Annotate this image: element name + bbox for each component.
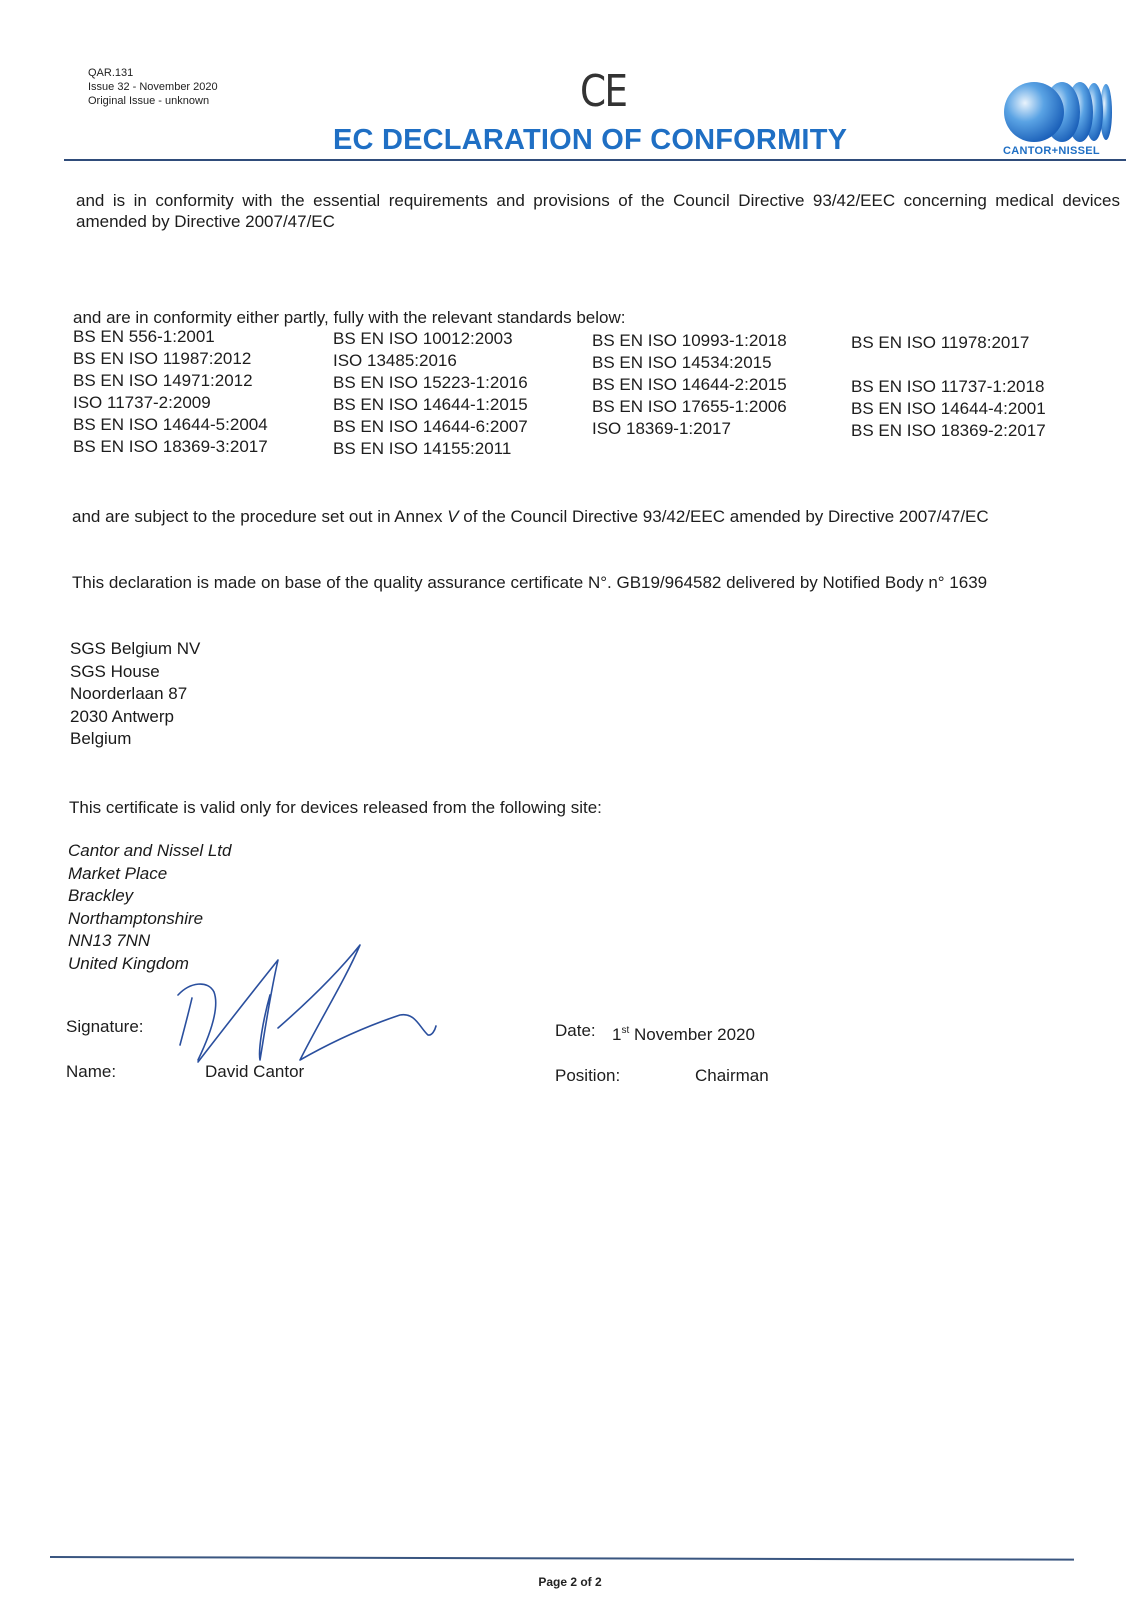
standard-item: BS EN ISO 14534:2015 <box>592 352 787 374</box>
standard-item: BS EN ISO 15223-1:2016 <box>333 372 528 394</box>
conformity-paragraph: and is in conformity with the essential … <box>76 190 1120 232</box>
address-line: Noorderlaan 87 <box>70 683 200 706</box>
standards-column-2: BS EN ISO 10012:2003 ISO 13485:2016 BS E… <box>333 328 528 460</box>
doc-ref-code: QAR.131 <box>88 66 218 80</box>
standard-item: BS EN ISO 14155:2011 <box>333 438 528 460</box>
name-label: Name: <box>66 1061 116 1082</box>
standard-item: BS EN ISO 18369-3:2017 <box>73 436 268 458</box>
procedure-text-after: of the Council Directive 93/42/EEC amend… <box>459 507 989 526</box>
position-label: Position: <box>555 1065 620 1086</box>
standard-item: BS EN ISO 14971:2012 <box>73 370 268 392</box>
address-line: Market Place <box>68 863 231 886</box>
standard-item: BS EN ISO 14644-2:2015 <box>592 374 787 396</box>
ce-mark-icon: CE <box>580 70 626 114</box>
standard-item: ISO 11737-2:2009 <box>73 392 268 414</box>
standard-item: BS EN ISO 14644-4:2001 <box>851 398 1046 420</box>
address-line: Brackley <box>68 885 231 908</box>
address-line: Northamptonshire <box>68 908 231 931</box>
standard-item: ISO 18369-1:2017 <box>592 418 787 440</box>
standard-item: BS EN ISO 18369-2:2017 <box>851 420 1046 442</box>
procedure-text-before: and are subject to the procedure set out… <box>72 507 447 526</box>
date-month-year: November 2020 <box>629 1025 755 1044</box>
standard-item: BS EN ISO 11737-1:2018 <box>851 376 1046 398</box>
signature-label: Signature: <box>66 1016 144 1037</box>
page-number: Page 2 of 2 <box>0 1575 1140 1589</box>
footer-divider <box>50 1556 1074 1561</box>
position-value: Chairman <box>695 1065 769 1086</box>
page-title: EC DECLARATION OF CONFORMITY <box>333 124 847 157</box>
validity-paragraph: This certificate is valid only for devic… <box>69 797 602 818</box>
date-label: Date: <box>555 1020 596 1041</box>
standard-item: BS EN ISO 11978:2017 <box>851 332 1046 354</box>
standard-item: BS EN ISO 11987:2012 <box>73 348 268 370</box>
notified-body-address: SGS Belgium NV SGS House Noorderlaan 87 … <box>70 638 200 751</box>
standard-item: BS EN ISO 10993-1:2018 <box>592 330 787 352</box>
date-value: 1st November 2020 <box>612 1020 755 1045</box>
standard-item: ISO 13485:2016 <box>333 350 528 372</box>
logo-text: CANTOR+NISSEL <box>1003 145 1100 157</box>
annex-number: V <box>447 507 458 526</box>
address-line: 2030 Antwerp <box>70 706 200 729</box>
signature-icon <box>170 940 440 1070</box>
doc-ref-original: Original Issue - unknown <box>88 94 218 108</box>
certificate-paragraph: This declaration is made on base of the … <box>72 572 1118 593</box>
address-line: SGS Belgium NV <box>70 638 200 661</box>
address-line: Cantor and Nissel Ltd <box>68 840 231 863</box>
standard-item: BS EN ISO 14644-5:2004 <box>73 414 268 436</box>
doc-ref-issue: Issue 32 - November 2020 <box>88 80 218 94</box>
standards-column-3: BS EN ISO 10993-1:2018 BS EN ISO 14534:2… <box>592 330 787 440</box>
standards-intro: and are in conformity either partly, ful… <box>73 307 625 328</box>
standards-column-4: BS EN ISO 11978:2017 BS EN ISO 11737-1:2… <box>851 332 1046 442</box>
address-line: SGS House <box>70 661 200 684</box>
standards-column-1: BS EN 556-1:2001 BS EN ISO 11987:2012 BS… <box>73 326 268 458</box>
standard-item: BS EN ISO 14644-6:2007 <box>333 416 528 438</box>
address-line: Belgium <box>70 728 200 751</box>
standard-item: BS EN 556-1:2001 <box>73 326 268 348</box>
procedure-paragraph: and are subject to the procedure set out… <box>72 506 1118 527</box>
standard-item: BS EN ISO 14644-1:2015 <box>333 394 528 416</box>
signatory-name: David Cantor <box>205 1061 304 1082</box>
standard-item: BS EN ISO 10012:2003 <box>333 328 528 350</box>
document-reference: QAR.131 Issue 32 - November 2020 Origina… <box>88 66 218 108</box>
standard-item: BS EN ISO 17655-1:2006 <box>592 396 787 418</box>
standard-item-empty <box>851 354 1046 376</box>
header-divider <box>64 159 1126 161</box>
